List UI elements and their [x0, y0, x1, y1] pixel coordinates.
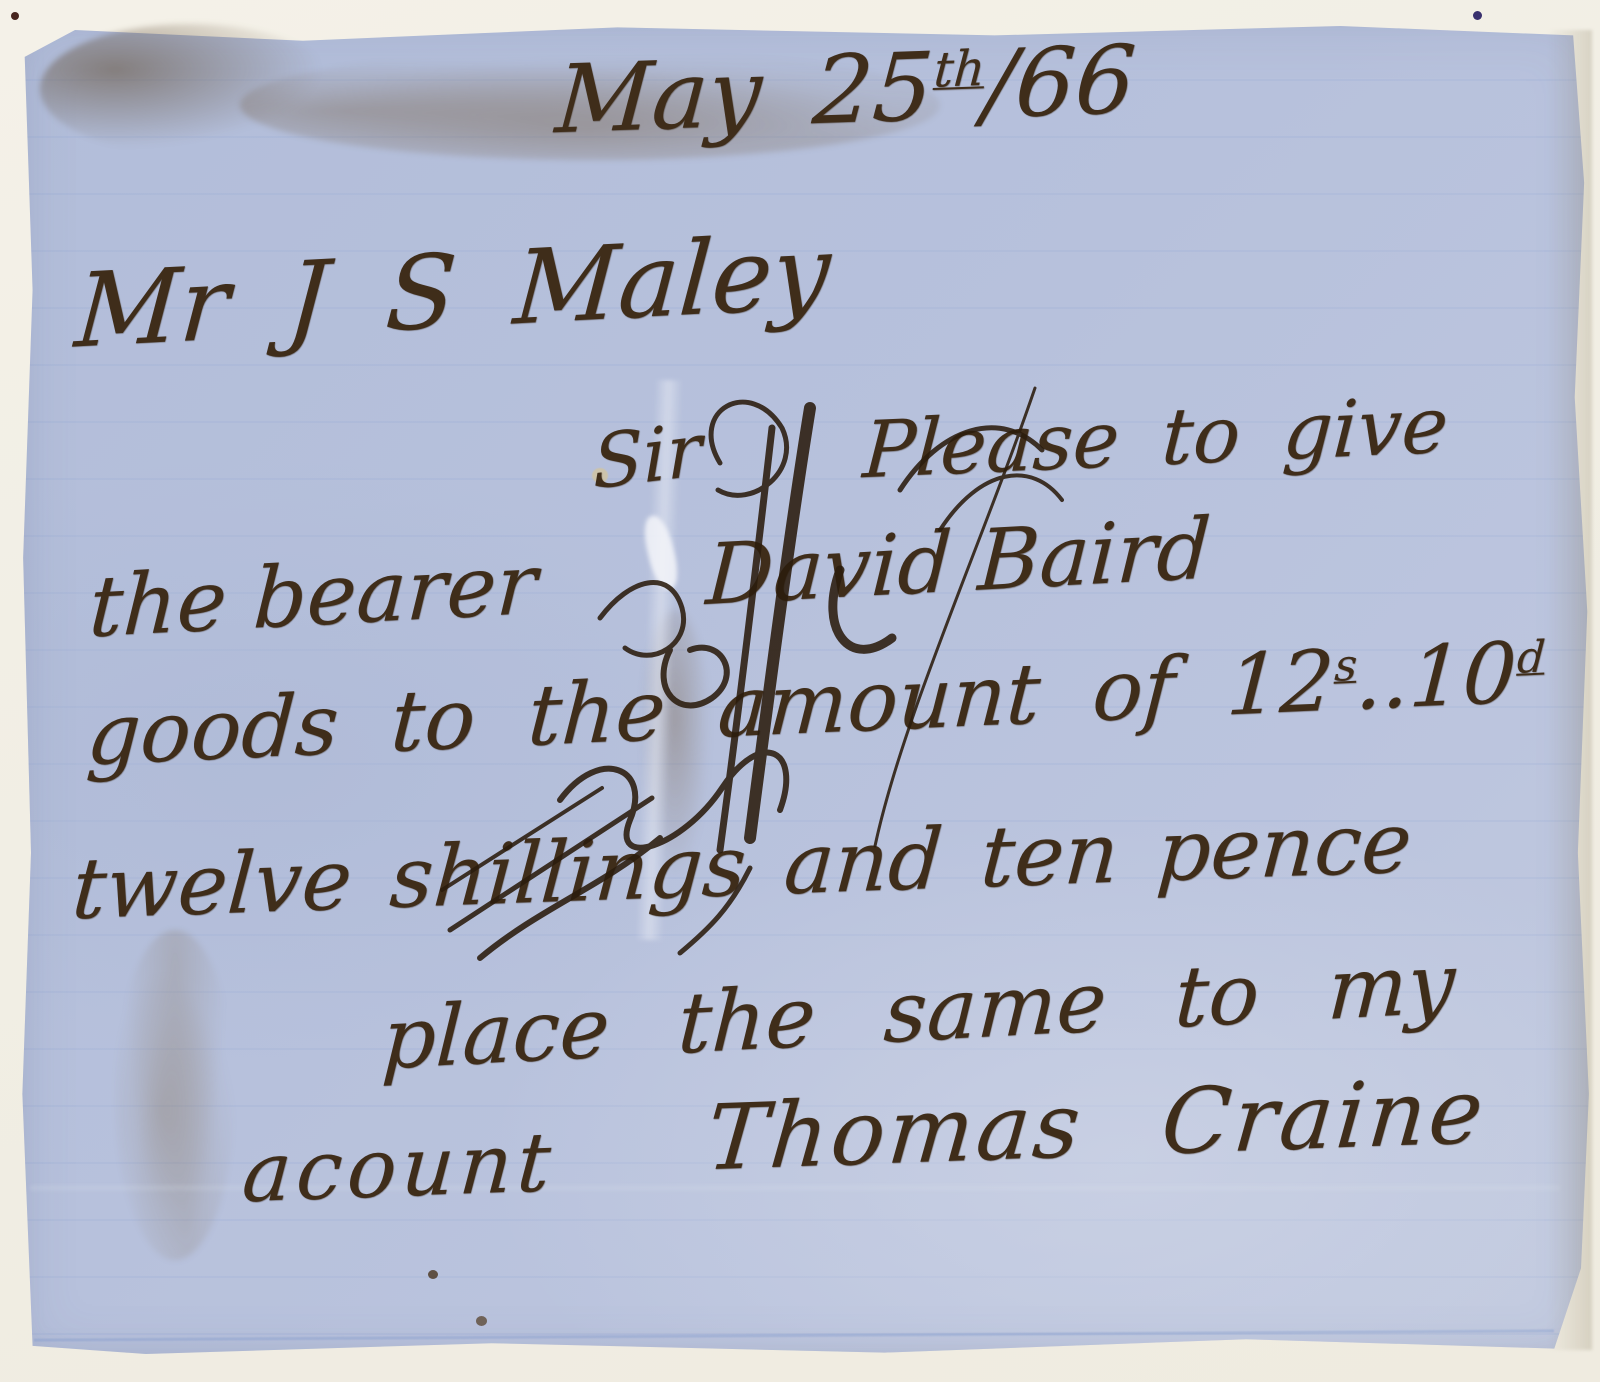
ink-speck: [428, 1270, 438, 1279]
date-line: May 25th/66: [552, 26, 1139, 156]
amount-separator: ..10: [1353, 624, 1519, 729]
account-word: acount: [239, 1115, 558, 1221]
date-month-day: May 25: [552, 33, 936, 155]
cross-writing-overlay: [420, 368, 1080, 968]
scanned-letter: May 25th/66 Mr J S Maley Sir Please to g…: [0, 0, 1600, 1382]
ink-speck: [476, 1316, 487, 1326]
margin-speck-blue: [1473, 11, 1482, 20]
date-year: /66: [980, 26, 1139, 141]
amount-pence-mark: d: [1516, 631, 1547, 683]
torn-right-edge-shading: [1548, 30, 1592, 1350]
margin-speck-dark: [11, 12, 19, 20]
date-ordinal: th: [932, 40, 987, 99]
